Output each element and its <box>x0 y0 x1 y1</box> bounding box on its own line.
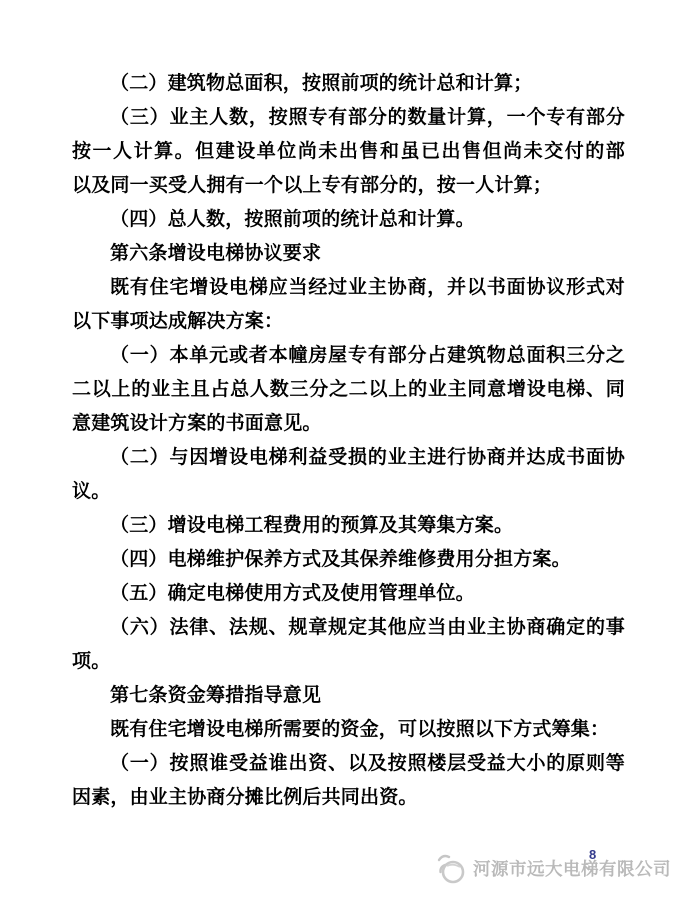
document-line: （二）与因增设电梯利益受损的业主进行协商并达成书面协 <box>72 441 625 475</box>
document-heading-line: 第七条资金筹措指导意见 <box>72 679 625 713</box>
document-line: （三）增设电梯工程费用的预算及其筹集方案。 <box>72 509 625 543</box>
document-line: （一）本单元或者本幢房屋专有部分占建筑物总面积三分之 <box>72 339 625 373</box>
page-number: 8 <box>589 847 596 862</box>
document-line: （六）法律、法规、规章规定其他应当由业主协商确定的事 <box>72 611 625 645</box>
document-line: （二）建筑物总面积，按照前项的统计总和计算； <box>72 67 625 101</box>
document-line: 既有住宅增设电梯所需要的资金，可以按照以下方式筹集： <box>72 713 625 747</box>
document-line: 二以上的业主且占总人数三分之二以上的业主同意增设电梯、同 <box>72 373 625 407</box>
document-line: 既有住宅增设电梯应当经过业主协商，并以书面协议形式对 <box>72 271 625 305</box>
document-line: 以及同一买受人拥有一个以上专有部分的，按一人计算； <box>72 169 625 203</box>
document-line: （三）业主人数，按照专有部分的数量计算，一个专有部分 <box>72 101 625 135</box>
document-body: （二）建筑物总面积，按照前项的统计总和计算；（三）业主人数，按照专有部分的数量计… <box>72 67 625 815</box>
company-name: 河源市远大电梯有限公司 <box>473 856 671 881</box>
company-logo-icon <box>436 852 468 885</box>
document-line: 因素，由业主协商分摊比例后共同出资。 <box>72 781 625 815</box>
document-line: 议。 <box>72 475 625 509</box>
document-line: 按一人计算。但建设单位尚未出售和虽已出售但尚未交付的部分， <box>72 135 625 169</box>
document-heading-line: 第六条增设电梯协议要求 <box>72 237 625 271</box>
document-page: （二）建筑物总面积，按照前项的统计总和计算；（三）业主人数，按照专有部分的数量计… <box>0 0 674 903</box>
document-line: （四）总人数，按照前项的统计总和计算。 <box>72 203 625 237</box>
document-line: （一）按照谁受益谁出资、以及按照楼层受益大小的原则等 <box>72 747 625 781</box>
company-watermark: 河源市远大电梯有限公司 <box>436 852 671 885</box>
document-line: （四）电梯维护保养方式及其保养维修费用分担方案。 <box>72 543 625 577</box>
document-line: 项。 <box>72 645 625 679</box>
document-line: 以下事项达成解决方案： <box>72 305 625 339</box>
document-line: （五）确定电梯使用方式及使用管理单位。 <box>72 577 625 611</box>
document-line: 意建筑设计方案的书面意见。 <box>72 407 625 441</box>
